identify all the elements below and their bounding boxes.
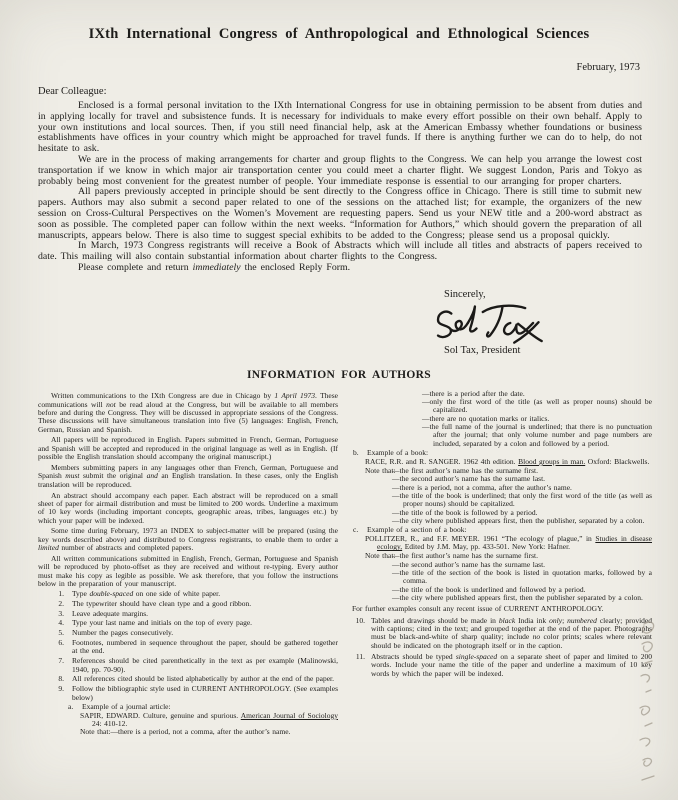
info-block-li: 3.Leave adequate margins. — [38, 610, 338, 618]
info-block-p: All written communications submitted in … — [38, 555, 338, 588]
info-block-li: 1.Type double-spaced on one side of whit… — [38, 590, 338, 598]
info-block-flush: For further examples consult any recent … — [352, 605, 652, 613]
sublist-label: b. — [353, 449, 362, 457]
info-block-dashlist: —there is a period after the date.—only … — [352, 390, 652, 448]
page-title: IXth International Congress of Anthropol… — [30, 26, 648, 43]
info-block-li: 5.Number the pages consecutively. — [38, 629, 338, 637]
list-item-text: Follow the bibliographic style used in C… — [72, 685, 338, 702]
info-block-li: 9.Follow the bibliographic style used in… — [38, 685, 338, 702]
info-block-li: 10.Tables and drawings should be made in… — [352, 617, 652, 650]
sublist-label: c. — [353, 526, 362, 534]
letter-body: Enclosed is a formal personal invitation… — [38, 101, 642, 274]
info-block-li: 6.Footnotes, numbered in sequence throug… — [38, 639, 338, 656]
info-block-p: Written communications to the IXth Congr… — [38, 392, 338, 434]
letter-paragraph: We are in the process of making arrangem… — [38, 155, 642, 187]
closing-word: Sincerely, — [444, 289, 678, 300]
list-number: 4. — [52, 619, 64, 627]
note-that-label: Note that: — [365, 467, 395, 475]
info-column-left: Written communications to the IXth Congr… — [38, 390, 338, 737]
dash-item: —the city where published appears first,… — [392, 517, 652, 525]
list-item-text: Number the pages consecutively. — [72, 629, 338, 637]
dash-item: —the title of the section of the book is… — [392, 569, 652, 586]
info-for-authors-heading: INFORMATION FOR AUTHORS — [0, 369, 678, 381]
note-that-label: Note that: — [365, 552, 395, 560]
list-number: 11. — [352, 653, 365, 678]
list-number: 9. — [52, 685, 64, 702]
dash-item: —the title of the book is underlined; th… — [392, 492, 652, 509]
list-item-text: Tables and drawings should be made in bl… — [371, 617, 652, 650]
list-number: 10. — [352, 617, 365, 650]
info-block-p: All papers will be reproduced in English… — [38, 436, 338, 461]
info-block-li: 8.All references cited should be listed … — [38, 675, 338, 683]
info-block-li: 4.Type your last name and initials on th… — [38, 619, 338, 627]
sublist-label: a. — [68, 703, 77, 711]
closing-block: Sincerely, Sol Tax, President — [444, 289, 678, 356]
date-line: February, 1973 — [0, 62, 640, 73]
salutation: Dear Colleague: — [38, 86, 678, 97]
list-item-text: Leave adequate margins. — [72, 610, 338, 618]
info-block-ref: SAPIR, EDWARD. Culture, genuine and spur… — [92, 712, 338, 729]
margin-pencil-marks — [630, 618, 664, 794]
letter-paragraph: All papers previously accepted in princi… — [38, 187, 642, 241]
dash-item: —the full name of the journal is underli… — [422, 423, 652, 448]
info-block-p: An abstract should accompany each paper.… — [38, 492, 338, 525]
info-columns: Written communications to the IXth Congr… — [38, 390, 652, 737]
info-block-notelist: Note that:—the first author’s name has t… — [352, 552, 652, 602]
letter-page: IXth International Congress of Anthropol… — [0, 0, 678, 800]
info-block-li: 7.References should be cited parenthetic… — [38, 657, 338, 674]
letter-paragraph: Enclosed is a formal personal invitation… — [38, 101, 642, 155]
info-block-p: Some time during February, 1973 an INDEX… — [38, 527, 338, 552]
list-number: 3. — [52, 610, 64, 618]
signature-sol-tax — [434, 301, 552, 345]
list-number: 1. — [52, 590, 64, 598]
list-item-text: Type your last name and initials on the … — [72, 619, 338, 627]
list-number: 6. — [52, 639, 64, 656]
list-item-text: The typewriter should have clean type an… — [72, 600, 338, 608]
list-number: 7. — [52, 657, 64, 674]
dash-item: —only the first word of the title (as we… — [422, 398, 652, 415]
info-block-ref: POLLITZER, R., and F.F. MEYER. 1961 “The… — [377, 535, 652, 552]
list-item-text: References should be cited parenthetical… — [72, 657, 338, 674]
letter-paragraph: In March, 1973 Congress registrants will… — [38, 241, 642, 263]
list-item-text: Type double-spaced on one side of white … — [72, 590, 338, 598]
info-block-note: Note that:—there is a period, not a comm… — [80, 728, 338, 736]
info-block-p: Members submitting papers in any languag… — [38, 464, 338, 489]
info-block-li: 11.Abstracts should be typed single-spac… — [352, 653, 652, 678]
list-item-text: All references cited should be listed al… — [72, 675, 338, 683]
letter-paragraph: Please complete and return immediately t… — [38, 263, 642, 274]
signer-name: Sol Tax, President — [444, 345, 678, 356]
list-item-text: Abstracts should be typed single-spaced … — [371, 653, 652, 678]
list-number: 2. — [52, 600, 64, 608]
info-block-notelist: Note that:—the first author’s name has t… — [352, 467, 652, 525]
info-column-right: —there is a period after the date.—only … — [352, 390, 652, 737]
list-item-text: Footnotes, numbered in sequence througho… — [72, 639, 338, 656]
dash-item: —the city where published appears first,… — [392, 594, 652, 602]
list-number: 5. — [52, 629, 64, 637]
list-number: 8. — [52, 675, 64, 683]
info-block-li: 2.The typewriter should have clean type … — [38, 600, 338, 608]
